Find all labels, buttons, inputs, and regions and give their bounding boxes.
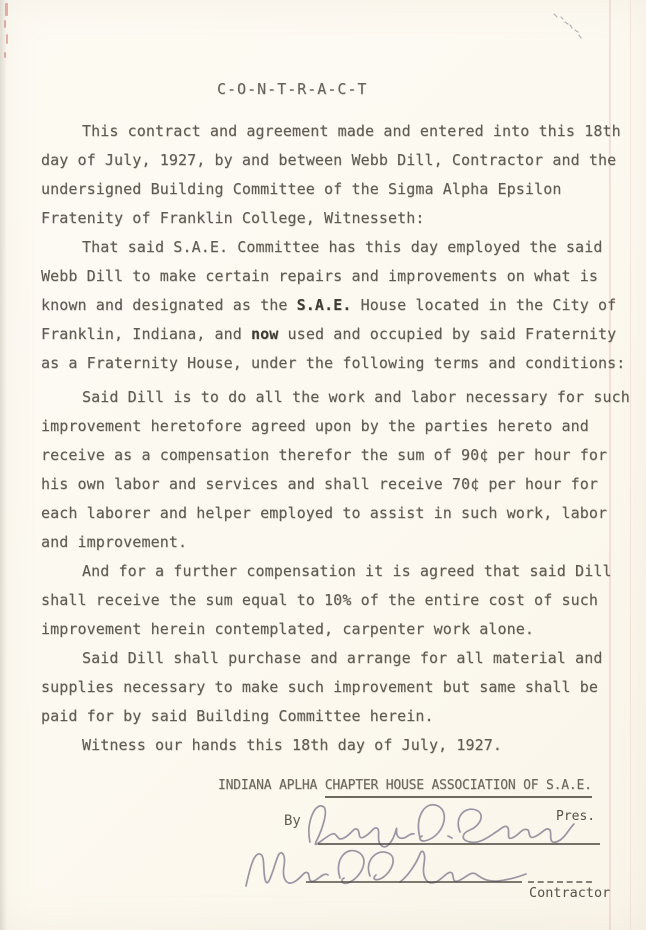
by-label: By <box>284 813 301 829</box>
text-line: That said S.A.E. Committee has this day … <box>41 233 611 262</box>
paragraph: That said S.A.E. Committee has this day … <box>41 233 611 378</box>
paragraph: Witness our hands this 18th day of July,… <box>41 731 611 760</box>
text-line: known and designated as the S.A.E. House… <box>41 291 611 320</box>
contractor-signature <box>240 840 530 898</box>
paragraph: Said Dill is to do all the work and labo… <box>41 383 611 557</box>
overtyped-text: now <box>251 325 278 343</box>
association-name-underlined: CHAPTER HOUSE ASSOCIATION OF S.A.E. <box>325 778 592 798</box>
page-title: C-O-N-T-R-A-C-T <box>217 75 611 104</box>
text-line: receive as a compensation therefor the s… <box>41 441 611 470</box>
text-line: his own labor and services and shall rec… <box>41 470 611 499</box>
paragraph: And for a further compensation it is agr… <box>41 557 611 644</box>
contractor-title-label: Contractor <box>529 885 610 901</box>
text-line: Fratenity of Franklin College, Witnesset… <box>41 204 611 233</box>
text-line: improvement herein contemplated, carpent… <box>41 615 611 644</box>
paragraph: This contract and agreement made and ent… <box>41 117 611 233</box>
text-line: Webb Dill to make certain repairs and im… <box>41 262 611 291</box>
text-line: supplies necessary to make such improvem… <box>41 673 611 702</box>
text-line: each laborer and helper employed to assi… <box>41 499 611 528</box>
contract-text: C-O-N-T-R-A-C-T This contract and agreem… <box>0 0 646 760</box>
text-line: Said Dill is to do all the work and labo… <box>41 383 611 412</box>
contract-body: This contract and agreement made and ent… <box>41 117 611 760</box>
text-line: and improvement. <box>41 528 611 557</box>
text-line: This contract and agreement made and ent… <box>41 117 611 146</box>
signature-underline <box>306 881 522 883</box>
text-line: And for a further compensation it is agr… <box>41 557 611 586</box>
text-line: Said Dill shall purchase and arrange for… <box>41 644 611 673</box>
text-line: undersigned Building Committee of the Si… <box>41 175 611 204</box>
text-line: improvement heretofore agreed upon by th… <box>41 412 611 441</box>
association-name-prefix: INDIANA APLHA <box>218 778 325 793</box>
text-line: Franklin, Indiana, and now used and occu… <box>41 320 611 349</box>
text-line: as a Fraternity House, under the followi… <box>41 349 611 378</box>
contract-document-page: C-O-N-T-R-A-C-T This contract and agreem… <box>0 0 646 930</box>
text-line: shall receive the sum equal to 10% of th… <box>41 586 611 615</box>
paragraph: Said Dill shall purchase and arrange for… <box>41 644 611 731</box>
association-name-line: INDIANA APLHA CHAPTER HOUSE ASSOCIATION … <box>218 778 592 793</box>
text-line: Witness our hands this 18th day of July,… <box>41 731 611 760</box>
text-line: day of July, 1927, by and between Webb D… <box>41 146 611 175</box>
overtyped-text: S.A.E. <box>297 296 352 314</box>
president-title-label: Pres. <box>556 809 595 824</box>
text-line: paid for by said Building Committee here… <box>41 702 611 731</box>
signature-underline-dashed <box>528 881 592 883</box>
